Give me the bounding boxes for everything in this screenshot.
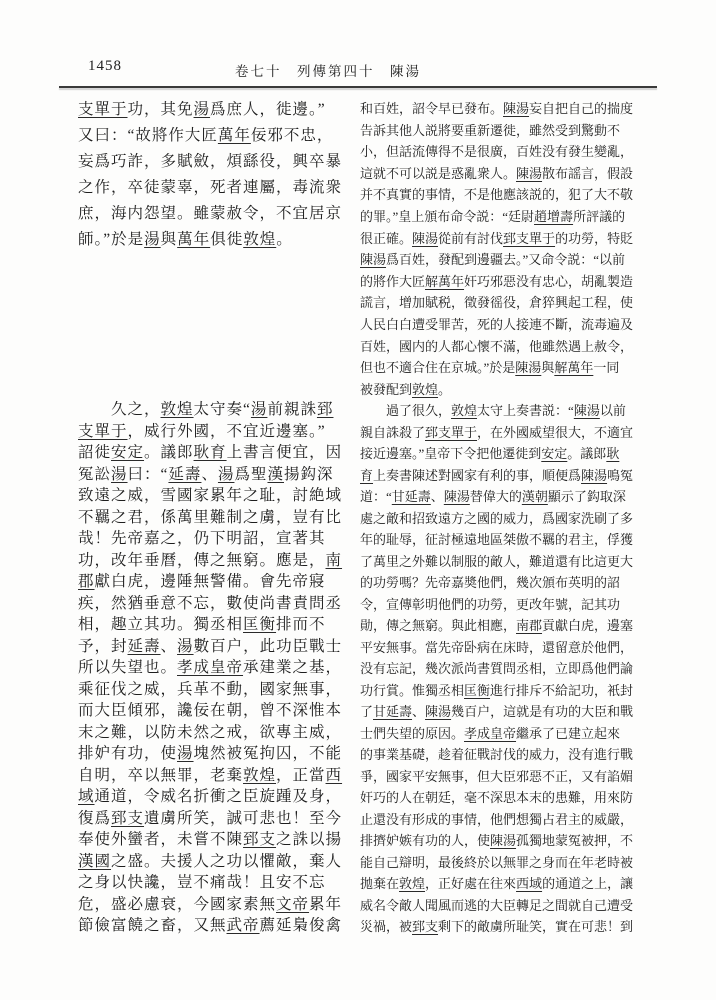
text-line: 庶，海内怨望。雖蒙赦令，不宜居京 <box>78 201 350 227</box>
text-line: 不羈之君，係萬里難制之虜，豈有比 <box>78 507 350 529</box>
text-line: 所以失望也。孝成皇帝承建業之基， <box>78 657 350 679</box>
text-line: 處之敵和招致遠方之國的威力，爲國家洗刷了多 <box>360 508 660 530</box>
translation-paragraph-1: 和百姓，詔令早已發布。陳湯妄自把自己的揣度告訴其他人説將要重新遷徙，雖然受到驚動… <box>360 98 660 400</box>
header-title: 卷七十 列傳第四十 陳湯 <box>0 60 656 80</box>
text-line: 自明，卒以無罪，老棄敦煌，正當西 <box>78 765 350 787</box>
book-page: 1458 卷七十 列傳第四十 陳湯 支單于功，其免湯爲庶人，徙邊。”又曰：“故將… <box>0 0 716 1000</box>
text-line: 而大臣傾邪，讒佞在朝，曾不深惟本 <box>78 700 350 722</box>
text-line: 陳湯爲百姓，發配到邊疆去。”又命令説：“以前 <box>360 249 660 271</box>
text-line: 致遠之威，雪國家累年之耻，討絶域 <box>78 485 350 507</box>
text-line: 了萬里之外難以制服的敵人，難道還有比這更大 <box>360 551 660 573</box>
text-line: 小，但話流傳得不是很廣，百姓没有發生變亂， <box>360 141 660 163</box>
text-line: 疾，然猶垂意不忘，數使尚書責問丞 <box>78 593 350 615</box>
text-line: 乘征伐之威，兵革不動，國家無事， <box>78 679 350 701</box>
text-line: 之身以快讒，豈不痛哉！且安不忘 <box>78 872 350 894</box>
text-line: 奸巧的人在朝廷，毫不深思本末的患難，用來防 <box>360 787 660 809</box>
text-line: 勛，傳之無窮。與此相應，南郡貢獻白虎，邊塞 <box>360 615 660 637</box>
text-line: 謊言，增加賦税，徵發徭役，倉猝興起工程，使 <box>360 292 660 314</box>
text-line: 域通道，令威名折衝之臣旋踵及身， <box>78 786 350 808</box>
text-line: 拋棄在敦煌，正好處在往來西域的通道之上，讓 <box>360 873 660 895</box>
text-line: 支單于功，其免湯爲庶人，徙邊。” <box>78 97 350 123</box>
text-line: 久之，敦煌太守奏“湯前親誅郅 <box>78 399 350 421</box>
text-line: 排妒有功，使湯塊然被冤拘囚，不能 <box>78 743 350 765</box>
text-line: 接近邊塞。”皇帝下令把他遷徙到安定。議郎耿 <box>360 443 660 465</box>
text-line: 過了很久，敦煌太守上奏書説：“陳湯以前 <box>360 400 660 422</box>
text-line: 排擠妒嫉有功的人，使陳湯孤獨地蒙冤被押，不 <box>360 830 660 852</box>
classical-text-paragraph-2: 久之，敦煌太守奏“湯前親誅郅支單于，威行外國，不宜近邊塞。”詔徙安定。議郎耿育上… <box>78 399 350 937</box>
text-line: 的罪。”皇上頒布命令説：“廷尉趙增壽所評議的 <box>360 206 660 228</box>
text-line: 能自己辯明，最後終於以無罪之身而在年老時被 <box>360 852 660 874</box>
text-line: 之作，卒徒蒙辜，死者連屬，毒流衆 <box>78 175 350 201</box>
text-line: 又曰：“故將作大匠萬年佞邪不忠， <box>78 123 350 149</box>
text-line: 郡獻白虎，邊陲無警備。會先帝寢 <box>78 571 350 593</box>
text-line: 爭，國家平安無事，但大臣邪惡不正，又有諂媚 <box>360 766 660 788</box>
header-rule <box>59 86 657 88</box>
text-line: 功，改年垂曆，傳之無窮。應是，南 <box>78 550 350 572</box>
text-line: 很正確。陳湯從前有討伐郅支單于的功勞，特貶 <box>360 228 660 250</box>
text-line: 没有忘記，幾次派尚書質問丞相，立即爲他們論 <box>360 658 660 680</box>
text-line: 止還没有形成的事情，他們想獨占君主的威嚴， <box>360 809 660 831</box>
text-line: 平安無事。當先帝卧病在床時，還留意於他們， <box>360 637 660 659</box>
text-line: 末之難，以防未然之戒，欲專主威， <box>78 722 350 744</box>
text-line: 的將作大匠解萬年奸巧邪惡没有忠心，胡亂製造 <box>360 271 660 293</box>
classical-text-paragraph-1: 支單于功，其免湯爲庶人，徙邊。”又曰：“故將作大匠萬年佞邪不忠，妄爲巧詐，多賦斂… <box>78 97 350 253</box>
text-line: 士們失望的原因。孝成皇帝繼承了已建立起來 <box>360 723 660 745</box>
text-line: 冤訟湯曰：“延壽、湯爲聖漢揚鈎深 <box>78 464 350 486</box>
text-line: 支單于，威行外國，不宜近邊塞。” <box>78 421 350 443</box>
text-line: 奉使外蠻者，未嘗不陳郅支之誅以揚 <box>78 829 350 851</box>
translation-paragraph-2: 過了很久，敦煌太守上奏書説：“陳湯以前親自誅殺了郅支單于，在外國威望很大，不適宜… <box>360 400 660 938</box>
text-line: 了甘延壽、陳湯幾百户，這就是有功的大臣和戰 <box>360 701 660 723</box>
text-line: 詔徙安定。議郎耿育上書言便宜，因 <box>78 442 350 464</box>
text-line: 師。”於是湯與萬年俱徙敦煌。 <box>78 227 350 253</box>
text-line: 漢國之盛。夫援人之功以懼敵，棄人 <box>78 851 350 873</box>
text-line: 告訴其他人説將要重新遷徙，雖然受到驚動不 <box>360 120 660 142</box>
text-line: 親自誅殺了郅支單于，在外國威望很大，不適宜 <box>360 422 660 444</box>
text-line: 災禍，被郅支剩下的敵虜所耻笑，實在可悲！到 <box>360 916 660 938</box>
text-line: 這就不可以説是惑亂衆人。陳湯散布謡言，假設 <box>360 163 660 185</box>
page-header: 1458 卷七十 列傳第四十 陳湯 <box>0 58 716 80</box>
text-line: 危，盛必慮衰，今國家素無文帝累年 <box>78 894 350 916</box>
text-line: 和百姓，詔令早已發布。陳湯妄自把自己的揣度 <box>360 98 660 120</box>
text-line: 令，宣傳彰明他們的功勞，更改年號，記其功 <box>360 594 660 616</box>
text-line: 年的耻辱，征討極遠地區桀傲不羈的君主，俘獲 <box>360 529 660 551</box>
text-line: 被發配到敦煌。 <box>360 379 660 401</box>
text-line: 予，封延壽、湯數百户，此功臣戰士 <box>78 636 350 658</box>
text-line: 的事業基礎，趁着征戰討伐的威力，没有進行戰 <box>360 744 660 766</box>
text-line: 育上奏書陳述對國家有利的事，順便爲陳湯鳴冤 <box>360 465 660 487</box>
text-line: 但也不適合住在京城。”於是陳湯與解萬年一同 <box>360 357 660 379</box>
text-line: 妄爲巧詐，多賦斂，煩繇役，興卒暴 <box>78 149 350 175</box>
text-line: 并不真實的事情，不是他應該説的，犯了大不敬 <box>360 184 660 206</box>
text-line: 相，趣立其功。獨丞相匡衡排而不 <box>78 614 350 636</box>
text-line: 功行賞。惟獨丞相匡衡進行排斥不給記功，衹封 <box>360 680 660 702</box>
text-line: 威名令敵人聞風而逃的大臣轉足之間就自己遭受 <box>360 895 660 917</box>
text-line: 哉！先帝嘉之，仍下明詔，宣著其 <box>78 528 350 550</box>
text-line: 節儉富饒之畜，又無武帝薦延梟俊禽 <box>78 915 350 937</box>
text-line: 復爲郅支遺虜所笑，誠可悲也！至今 <box>78 808 350 830</box>
text-line: 人民白白遭受罪苦，死的人接連不斷，流毒遍及 <box>360 314 660 336</box>
text-line: 的功勞嗎？先帝嘉奬他們，幾次頒布英明的詔 <box>360 572 660 594</box>
text-line: 百姓，國内的人都心懷不滿，他雖然遇上赦令， <box>360 336 660 358</box>
text-line: 道：“甘延壽、陳湯替偉大的漢朝顯示了鈎取深 <box>360 486 660 508</box>
